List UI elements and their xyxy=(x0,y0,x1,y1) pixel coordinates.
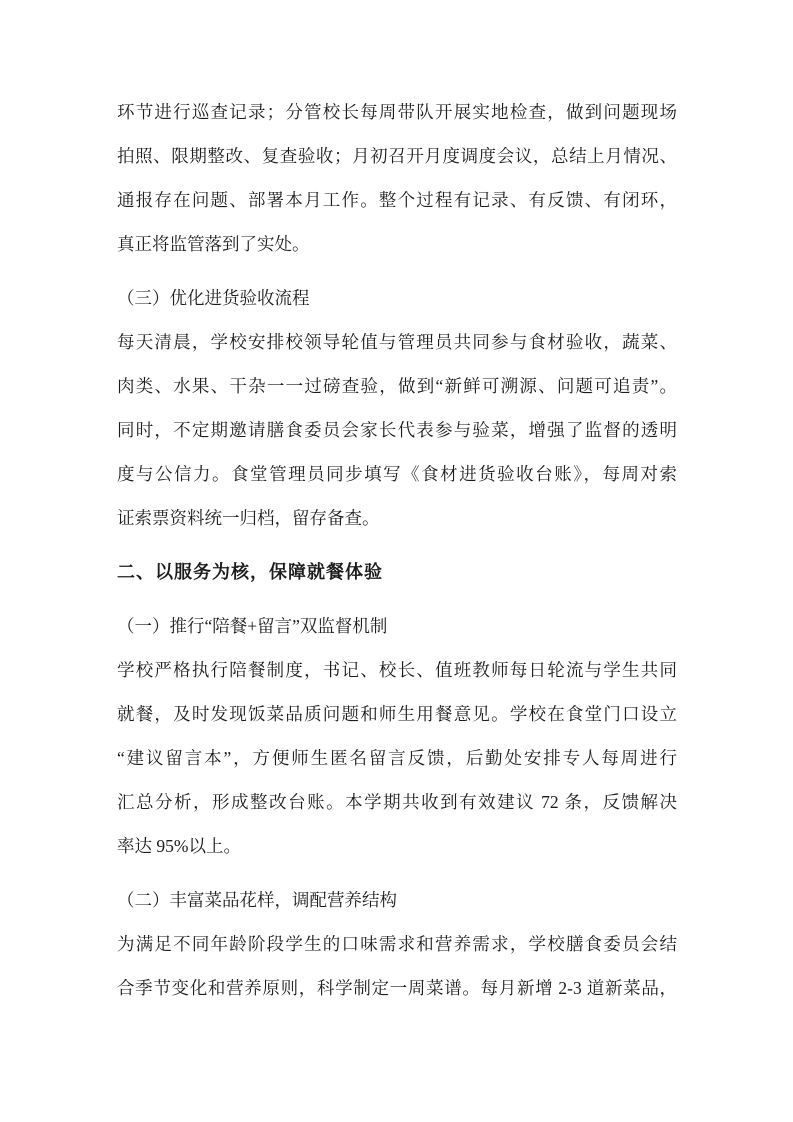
text-line: 真正将监管落到了实处。 xyxy=(117,222,677,266)
text-line: 率达 95%以上。 xyxy=(117,824,677,868)
document-body: 环节进行巡查记录；分管校长每周带队开展实地检查，做到问题现场拍照、限期整改、复查… xyxy=(117,90,677,1010)
text-line: 合季节变化和营养原则，科学制定一周菜谱。每月新增 2-3 道新菜品， xyxy=(117,966,677,1010)
text-line: （一）推行“陪餐+留言”双监督机制 xyxy=(117,604,677,648)
chapter-heading: 二、以服务为核，保障就餐体验 xyxy=(117,550,677,594)
text-line: 通报存在问题、部署本月工作。整个过程有记录、有反馈、有闭环， xyxy=(117,178,677,222)
text-line: 就餐，及时发现饭菜品质问题和师生用餐意见。学校在食堂门口设立 xyxy=(117,692,677,736)
text-line: 汇总分析，形成整改台账。本学期共收到有效建议 72 条，反馈解决 xyxy=(117,780,677,824)
text-line: 拍照、限期整改、复查验收；月初召开月度调度会议，总结上月情况、 xyxy=(117,134,677,178)
text-line: 环节进行巡查记录；分管校长每周带队开展实地检查，做到问题现场 xyxy=(117,90,677,134)
document-page: 环节进行巡查记录；分管校长每周带队开展实地检查，做到问题现场拍照、限期整改、复查… xyxy=(0,0,793,1122)
text-line: 度与公信力。食堂管理员同步填写《食材进货验收台账》，每周对索 xyxy=(117,452,677,496)
text-line: 证索票资料统一归档，留存备查。 xyxy=(117,496,677,540)
paragraph: 学校严格执行陪餐制度，书记、校长、值班教师每日轮流与学生共同就餐，及时发现饭菜品… xyxy=(117,648,677,868)
text-line: 为满足不同年龄阶段学生的口味需求和营养需求，学校膳食委员会结 xyxy=(117,922,677,966)
paragraph: 为满足不同年龄阶段学生的口味需求和营养需求，学校膳食委员会结合季节变化和营养原则… xyxy=(117,922,677,1010)
paragraph: 每天清晨，学校安排校领导轮值与管理员共同参与食材验收，蔬菜、肉类、水果、干杂一一… xyxy=(117,320,677,540)
text-line: “建议留言本”，方便师生匿名留言反馈，后勤处安排专人每周进行 xyxy=(117,736,677,780)
text-line: 二、以服务为核，保障就餐体验 xyxy=(117,550,677,594)
text-line: （二）丰富菜品花样，调配营养结构 xyxy=(117,878,677,922)
text-line: 学校严格执行陪餐制度，书记、校长、值班教师每日轮流与学生共同 xyxy=(117,648,677,692)
text-line: 肉类、水果、干杂一一过磅查验，做到“新鲜可溯源、问题可追责”。 xyxy=(117,364,677,408)
section-heading: （一）推行“陪餐+留言”双监督机制 xyxy=(117,604,677,648)
text-line: （三）优化进货验收流程 xyxy=(117,276,677,320)
section-heading: （二）丰富菜品花样，调配营养结构 xyxy=(117,878,677,922)
paragraph: 环节进行巡查记录；分管校长每周带队开展实地检查，做到问题现场拍照、限期整改、复查… xyxy=(117,90,677,266)
text-line: 同时，不定期邀请膳食委员会家长代表参与验菜，增强了监督的透明 xyxy=(117,408,677,452)
text-line: 每天清晨，学校安排校领导轮值与管理员共同参与食材验收，蔬菜、 xyxy=(117,320,677,364)
section-heading: （三）优化进货验收流程 xyxy=(117,276,677,320)
